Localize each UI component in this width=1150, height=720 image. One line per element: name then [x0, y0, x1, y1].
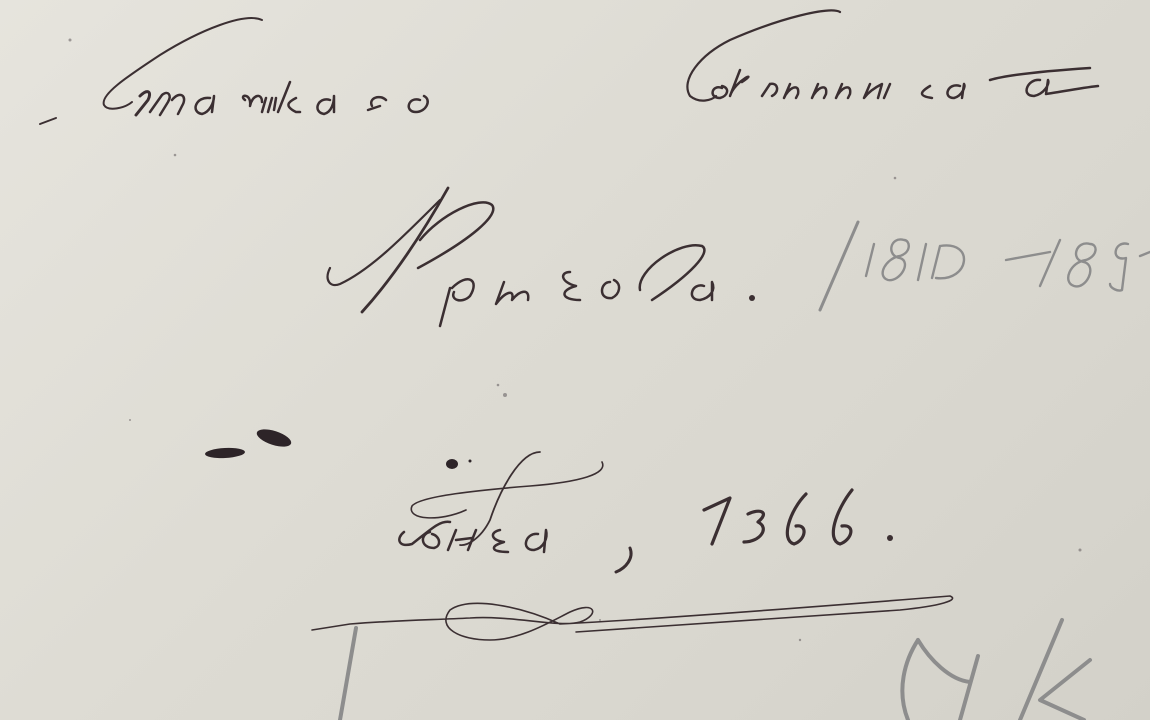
text-bottom-mark: I — [335, 640, 359, 710]
flourish-underline — [312, 596, 953, 640]
text-dates: (1810–1891 — [820, 230, 1059, 276]
period-dot — [749, 295, 755, 301]
ink-blots — [205, 426, 472, 469]
text-penza-1866: Пенза, 1866. — [395, 500, 720, 556]
text-stazhkago: Стажкаго — [100, 70, 376, 126]
document-page: Стажкаго Сотенника Крыжова. (1810–1891 П… — [0, 0, 1150, 720]
ink-dash — [40, 118, 56, 124]
text-initials: РК — [900, 630, 1001, 712]
text-sotennika: Сотенника — [680, 50, 971, 106]
text-kryzhova: Крыжова. — [330, 240, 636, 305]
